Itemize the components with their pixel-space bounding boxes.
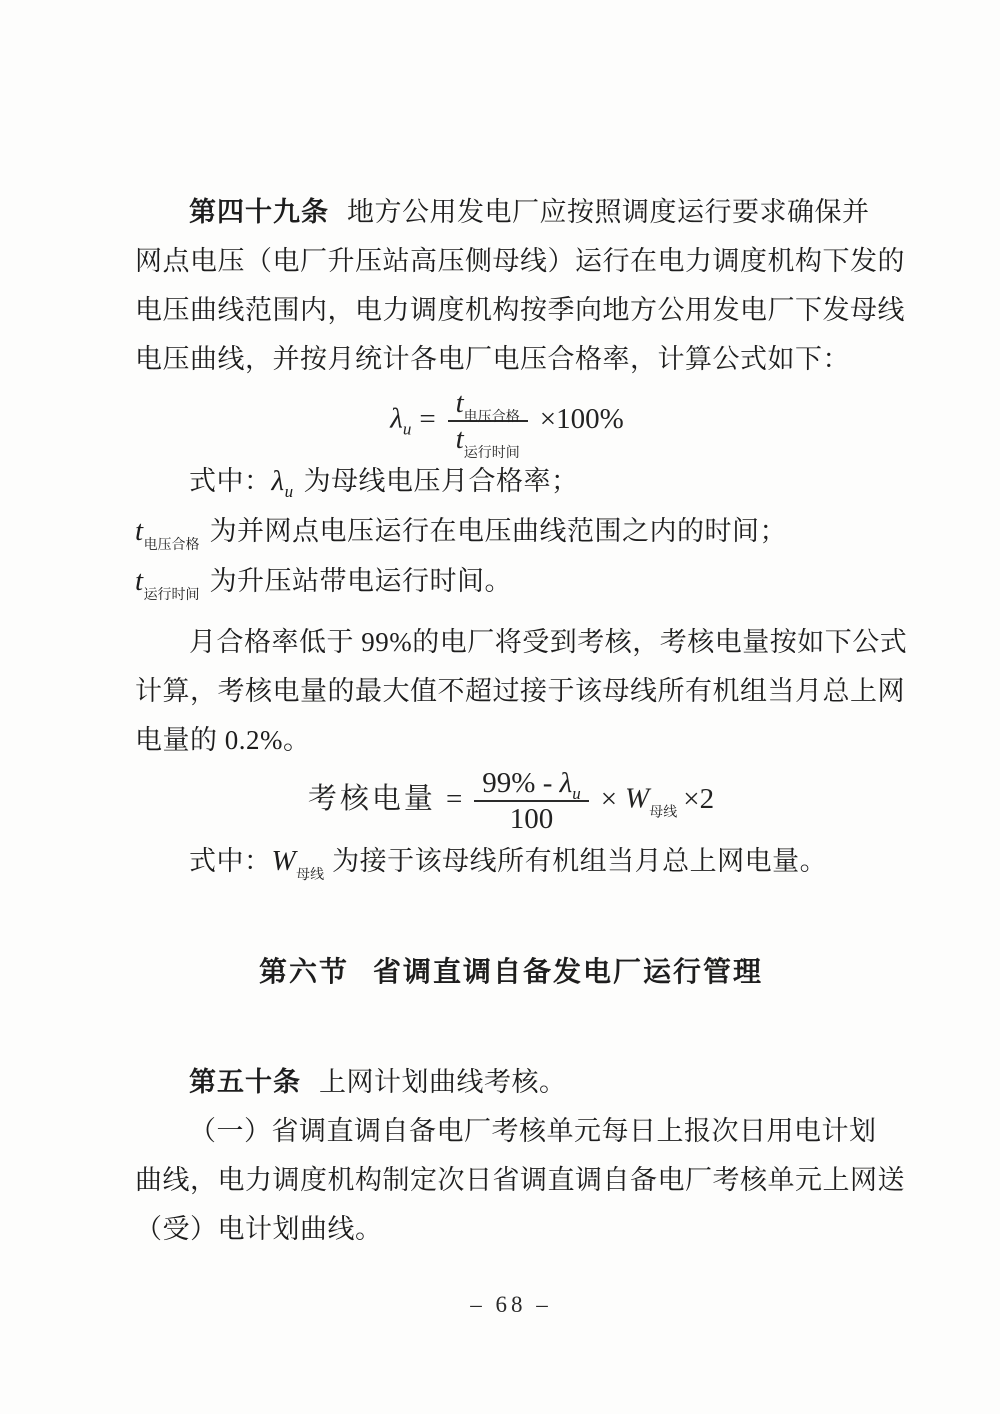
assessment-paragraph: 月合格率低于 99%的电厂将受到考核，考核电量按如下公式 计算，考核电量的最大值… [135, 618, 887, 765]
assessment-line-3: 电量的 0.2%。 [135, 716, 887, 765]
definition-w-busbar-text: 为接于该母线所有机组当月总上网电量。 [332, 846, 827, 876]
section-6-title: 省调直调自备发电厂运行管理 [373, 957, 763, 988]
formula1-lambda: λ [390, 403, 403, 435]
article-49-line-4: 电压曲线，并按月统计各电厂电压合格率，计算公式如下： [135, 335, 887, 384]
t-pass-symbol-subscript: 电压合格 [144, 538, 200, 553]
section-6-number: 第六节 [259, 957, 349, 988]
article-49-number: 第四十九条 [189, 197, 329, 227]
assessment-line-2: 计算，考核电量的最大值不超过接于该母线所有机组当月总上网 [135, 667, 887, 716]
definition-w-busbar: 式中：W母线为接于该母线所有机组当月总上网电量。 [135, 836, 887, 886]
definition-w-prefix: 式中： [189, 846, 272, 876]
formula2-denominator: 100 [474, 802, 588, 836]
formula2-lhs: 考核电量 [308, 783, 436, 815]
assessment-line-1: 月合格率低于 99%的电厂将受到考核，考核电量按如下公式 [135, 618, 887, 667]
article-49-paragraph: 第四十九条地方公用发电厂应按照调度运行要求确保并 网点电压（电厂升压站高压侧母线… [135, 0, 887, 384]
formula1-lambda-subscript: u [403, 420, 412, 439]
formula2-times-sign: × [601, 783, 617, 815]
formula1-times-100-percent: ×100% [540, 403, 624, 435]
article-50-number: 第五十条 [189, 1067, 301, 1097]
item-1-line-2: 曲线，电力调度机构制定次日省调直调自备电厂考核单元上网送 [135, 1156, 887, 1205]
formula2-numerator-prefix: 99% - [482, 767, 559, 799]
article-50-paragraph: 第五十条上网计划曲线考核。 [135, 1058, 887, 1107]
definition-lambda-text: 为母线电压月合格率； [304, 466, 579, 496]
formula2-w-symbol: W [625, 783, 649, 815]
formula2-numerator-lambda: λ [560, 767, 573, 799]
article-49-line-1: 第四十九条地方公用发电厂应按照调度运行要求确保并 [135, 188, 887, 237]
w-busbar-symbol: W [272, 845, 297, 877]
item-1-line-3: （受）电计划曲线。 [135, 1205, 887, 1254]
lambda-symbol: λ [272, 465, 285, 497]
article-50-text: 上网计划曲线考核。 [319, 1067, 567, 1097]
article-49-line-2: 网点电压（电厂升压站高压侧母线）运行在电力调度机构下发的 [135, 237, 887, 286]
w-busbar-symbol-subscript: 母线 [296, 868, 324, 883]
formula1-denominator-base: t [456, 423, 464, 455]
t-pass-symbol: t [135, 515, 144, 547]
definition-prefix: 式中： [189, 466, 272, 496]
formula2-w-subscript: 母线 [649, 806, 677, 821]
formula1-numerator: t电压合格 [448, 386, 528, 422]
item-1-paragraph: （一）省调直调自备电厂考核单元每日上报次日用电计划 曲线，电力调度机构制定次日省… [135, 1107, 887, 1254]
formula2-fraction: 99% - λu100 [474, 766, 588, 836]
formula1-denominator: t运行时间 [448, 422, 528, 456]
article-49-line-3: 电压曲线范围内，电力调度机构按季向地方公用发电厂下发母线 [135, 286, 887, 335]
article-49-intro-text: 地方公用发电厂应按照调度运行要求确保并 [347, 197, 870, 227]
item-1-line-1: （一）省调直调自备电厂考核单元每日上报次日用电计划 [135, 1107, 887, 1156]
formula2-numerator-lambda-subscript: u [572, 784, 581, 803]
definition-t-pass: t电压合格为并网点电压运行在电压曲线范围之内的时间； [135, 506, 887, 556]
formula2-times-2: ×2 [683, 783, 714, 815]
section-6-heading: 第六节省调直调自备发电厂运行管理 [135, 948, 887, 998]
article-50-line: 第五十条上网计划曲线考核。 [135, 1058, 887, 1107]
t-run-symbol-subscript: 运行时间 [144, 588, 200, 603]
definition-t-pass-text: 为并网点电压运行在电压曲线范围之内的时间； [210, 516, 788, 546]
document-content: 第四十九条地方公用发电厂应按照调度运行要求确保并 网点电压（电厂升压站高压侧母线… [135, 0, 887, 1318]
voltage-pass-rate-formula: λu=t电压合格t运行时间×100% [135, 386, 887, 456]
formula1-definitions: 式中：λu为母线电压月合格率； t电压合格为并网点电压运行在电压曲线范围之内的时… [135, 456, 887, 606]
formula1-fraction: t电压合格t运行时间 [448, 386, 528, 456]
document-page: 第四十九条地方公用发电厂应按照调度运行要求确保并 网点电压（电厂升压站高压侧母线… [0, 0, 1000, 1414]
definition-lambda: 式中：λu为母线电压月合格率； [135, 456, 887, 506]
formula2-numerator: 99% - λu [474, 766, 588, 802]
definition-t-run: t运行时间为升压站带电运行时间。 [135, 556, 887, 606]
formula1-equals-sign: = [419, 403, 435, 435]
formula2-definitions: 式中：W母线为接于该母线所有机组当月总上网电量。 [135, 836, 887, 886]
lambda-symbol-subscript: u [285, 482, 294, 501]
page-number: – 68 – [135, 1292, 887, 1318]
assessed-energy-formula: 考核电量=99% - λu100×W母线×2 [135, 766, 887, 836]
t-run-symbol: t [135, 565, 144, 597]
formula2-equals-sign: = [446, 783, 462, 815]
formula1-numerator-base: t [456, 387, 464, 419]
definition-t-run-text: 为升压站带电运行时间。 [210, 566, 513, 596]
